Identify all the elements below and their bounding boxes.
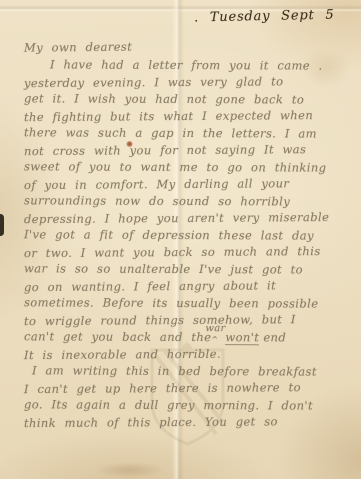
letter-line: war is so so unalterable I've just got t…: [24, 260, 346, 278]
letter-line: not cross with you for not saying It was: [24, 141, 346, 160]
date-line: . Tuesday Sept 5: [194, 8, 335, 26]
paper-stain: [95, 462, 165, 478]
letter-line: go. Its again a dull grey morning. I don…: [24, 396, 346, 414]
letter-line: of you in comfort. My darling all your: [24, 175, 346, 194]
insertion-before-text: can't get you back and the: [24, 329, 211, 344]
letter-line: sweet of you to want me to go on thinkin…: [24, 158, 346, 176]
letter-line: It is inexorable and horrible.: [24, 345, 346, 364]
letter-line: go on wanting. I feel angry about it: [24, 277, 346, 296]
letter-line: I have had a letter from you it came .: [24, 56, 346, 74]
letter-line: I've got a fit of depression these last …: [24, 226, 346, 244]
letter-line-with-insertion: can't get you back and thewar^won'tend: [24, 328, 346, 346]
letter-line: I can't get up here there is nowhere to: [24, 379, 346, 398]
letter-photo: { "page": { "type": "handwritten-letter"…: [0, 0, 361, 479]
letter-line: depressing. I hope you aren't very miser…: [24, 209, 346, 228]
letter-line: there was such a gap in the letters. I a…: [24, 124, 346, 142]
salutation: My own dearest: [24, 36, 346, 56]
letter-body: My own dearest I have had a letter from …: [24, 38, 346, 431]
insertion-after-text: end: [263, 330, 286, 344]
letter-line: the fighting but its what I expected whe…: [24, 107, 346, 126]
letter-line: or two. I want you back so much and this: [24, 243, 346, 262]
underlined-word: won't: [225, 330, 259, 345]
letter-line: sometimes. Before its usually been possi…: [24, 294, 346, 312]
letter-line: I am writing this in bed before breakfas…: [24, 362, 346, 380]
insertion-mark: war^: [215, 330, 221, 342]
letter-line: think much of this place. You get so: [24, 413, 346, 432]
letter-line: to wriggle round things somehow, but I: [24, 311, 346, 330]
letter-line: get it. I wish you had not gone back to: [24, 90, 346, 108]
letter-line: yesterday evening. I was very glad to: [24, 73, 346, 92]
edge-smudge: [0, 214, 4, 236]
letter-line: surroundings now do sound so horribly: [24, 192, 346, 210]
